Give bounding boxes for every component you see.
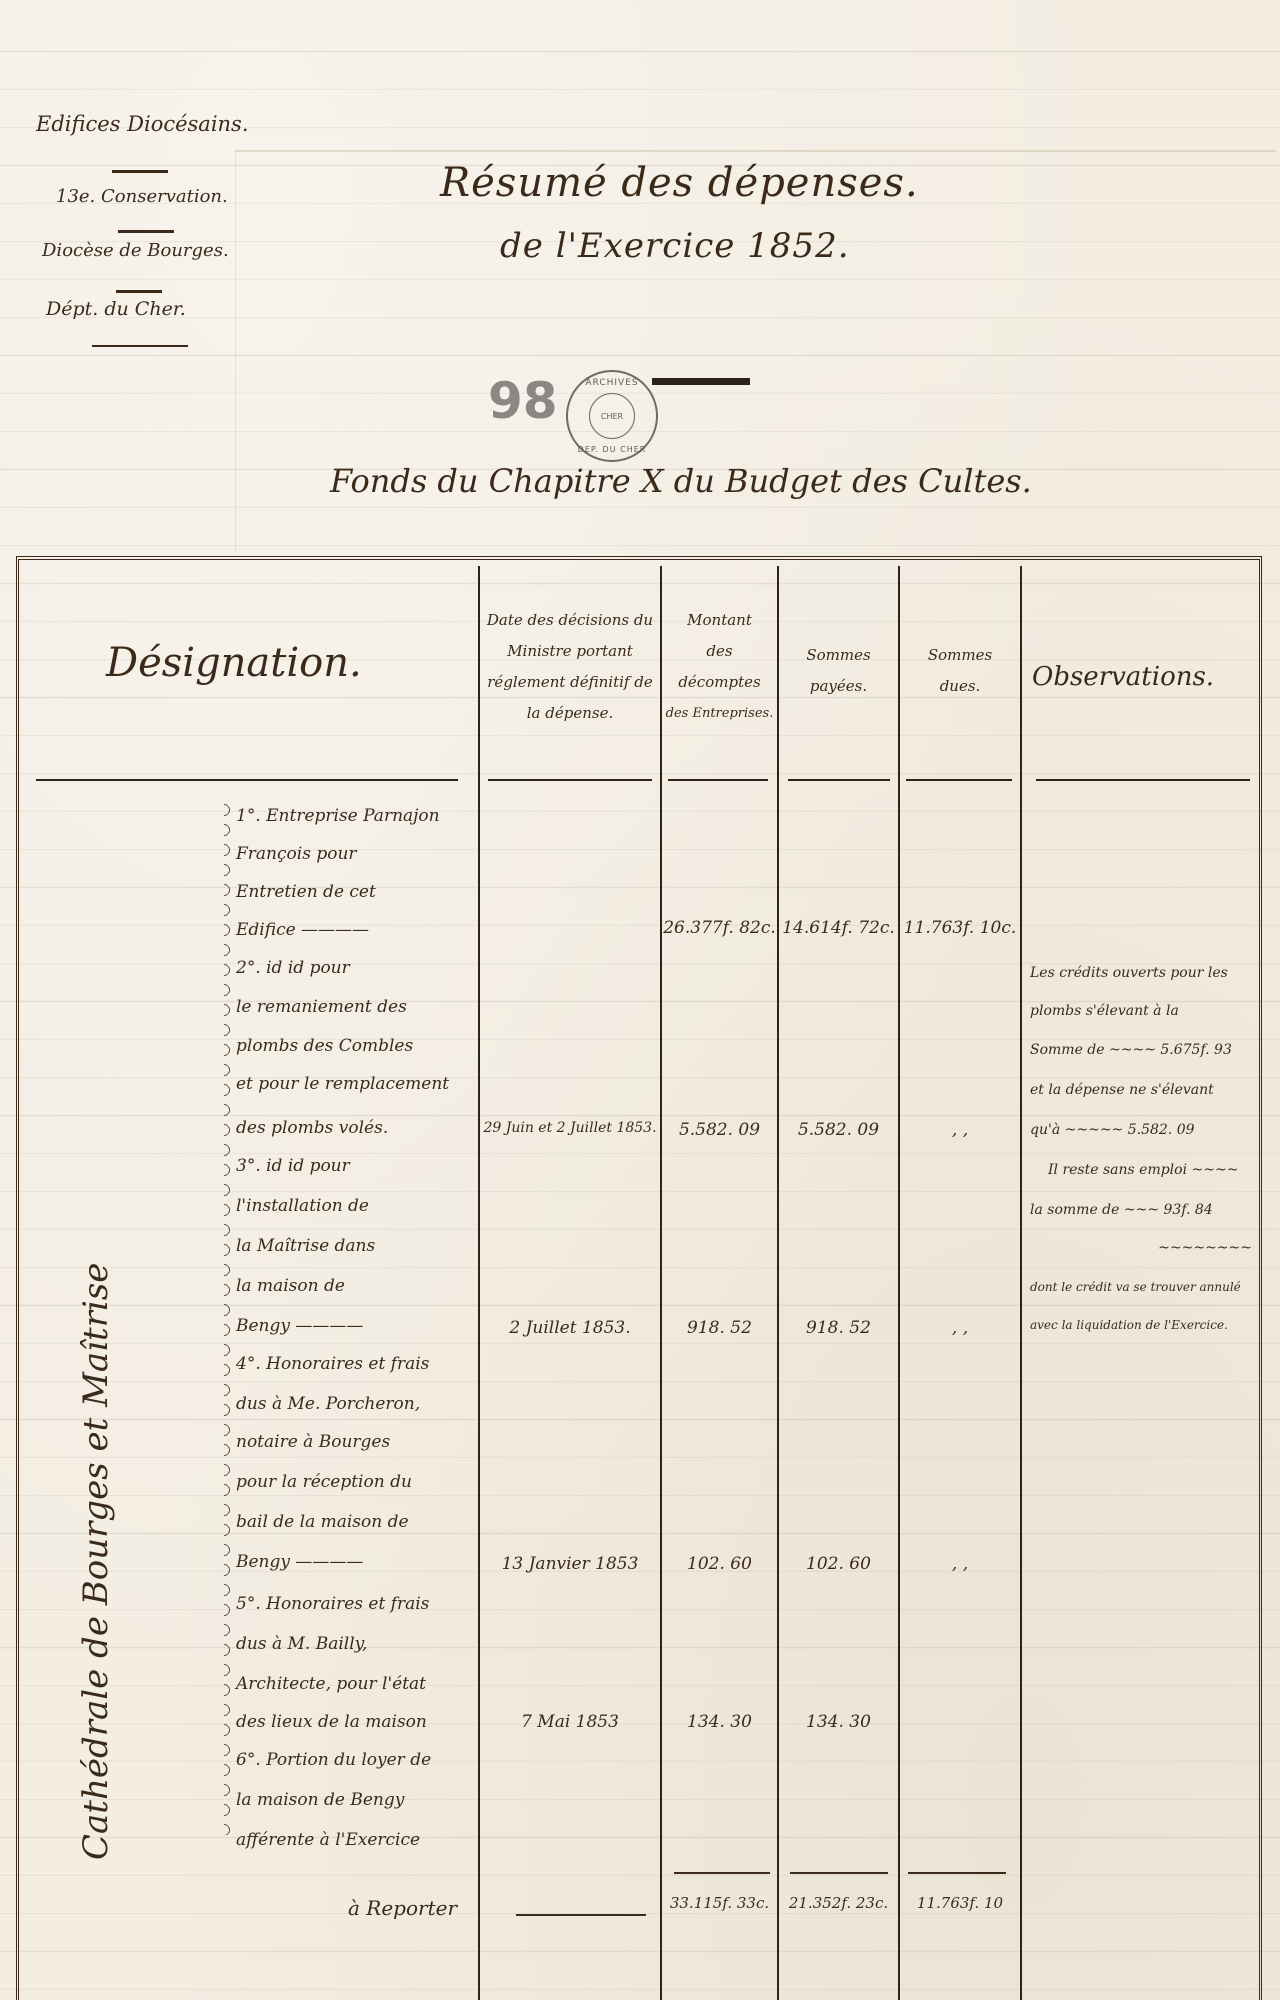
group-label-cathedrale: Cathédrale de Bourges et Maîtrise xyxy=(76,1300,116,1860)
brace-decoration xyxy=(224,800,234,1835)
row5-payees: 134. 30 xyxy=(779,1712,898,1732)
description-line: la Maîtrise dans xyxy=(236,1236,476,1256)
description-line: la maison de Bengy xyxy=(236,1790,476,1810)
row5-montant: 134. 30 xyxy=(662,1712,777,1732)
column-header-montant: Montant des décomptes des Entreprises. xyxy=(662,605,777,729)
divider xyxy=(116,290,162,293)
description-line: des lieux de la maison xyxy=(236,1712,476,1732)
description-line: dus à M. Bailly, xyxy=(236,1634,476,1654)
row3-dues: , , xyxy=(900,1318,1020,1338)
row5-date: 7 Mai 1853 xyxy=(480,1712,660,1732)
row3-payees: 918. 52 xyxy=(779,1318,898,1338)
observation-line: Les crédits ouverts pour les xyxy=(1030,965,1252,981)
description-line: François pour xyxy=(236,844,476,864)
description-line: notaire à Bourges xyxy=(236,1432,476,1452)
observation-line: Il reste sans emploi ~~~~ xyxy=(1030,1162,1270,1178)
description-line: Edifice ———— xyxy=(236,920,476,940)
page-title: Résumé des dépenses. xyxy=(440,160,919,206)
observation-line: avec la liquidation de l'Exercice. xyxy=(1030,1318,1252,1332)
header-line: des Entreprises. xyxy=(662,698,777,729)
total-rule xyxy=(674,1872,770,1874)
column-header-dues: Sommes dues. xyxy=(900,640,1020,702)
divider xyxy=(118,230,174,233)
description-line: bail de la maison de xyxy=(236,1512,476,1532)
description-line: 4°. Honoraires et frais xyxy=(236,1354,476,1374)
header-underline xyxy=(1036,779,1250,781)
report-label: à Reporter xyxy=(348,1896,457,1920)
column-header-observations: Observations. xyxy=(1032,662,1214,692)
header-line: des xyxy=(662,636,777,667)
description-line: pour la réception du xyxy=(236,1472,476,1492)
observation-line: dont le crédit va se trouver annulé xyxy=(1030,1280,1252,1294)
folio-number: 98 xyxy=(488,372,558,430)
row3-date: 2 Juillet 1853. xyxy=(480,1318,660,1338)
description-line: afférente à l'Exercice xyxy=(236,1830,476,1850)
header-line: Sommes xyxy=(900,640,1020,671)
row4-payees: 102. 60 xyxy=(779,1554,898,1574)
description-line: Bengy ———— xyxy=(236,1552,476,1572)
header-line: Ministre portant xyxy=(480,636,660,667)
col-divider-date xyxy=(478,566,480,2000)
description-line: dus à Me. Porcheron, xyxy=(236,1394,476,1414)
header-line: payées. xyxy=(779,671,898,702)
header-line: dues. xyxy=(900,671,1020,702)
description-line: 6°. Portion du loyer de xyxy=(236,1750,476,1770)
description-line: le remaniement des xyxy=(236,997,476,1017)
stamp-bottom-text: DEP. DU CHER xyxy=(568,445,656,454)
report-underline xyxy=(516,1914,646,1916)
divider xyxy=(92,345,188,347)
description-line: la maison de xyxy=(236,1276,476,1296)
header-departement: Dépt. du Cher. xyxy=(46,298,186,320)
total-payees: 21.352f. 23c. xyxy=(779,1894,898,1912)
description-line: des plombs volés. xyxy=(236,1118,476,1138)
description-line: 3°. id id pour xyxy=(236,1156,476,1176)
header-underline xyxy=(906,779,1012,781)
row4-montant: 102. 60 xyxy=(662,1554,777,1574)
total-dues: 11.763f. 10 xyxy=(900,1894,1020,1912)
header-line: Montant xyxy=(662,605,777,636)
page-subtitle: de l'Exercice 1852. xyxy=(500,226,850,266)
header-edifices: Edifices Diocésains. xyxy=(36,112,249,136)
divider xyxy=(112,170,168,173)
column-header-date: Date des décisions du Ministre portant r… xyxy=(480,605,660,729)
description-line: et pour le remplacement xyxy=(236,1074,476,1094)
header-line: Date des décisions du xyxy=(480,605,660,636)
total-montant: 33.115f. 33c. xyxy=(662,1894,777,1912)
observation-line: ~~~~~~~~ xyxy=(1030,1240,1252,1256)
observation-line: la somme de ~~~ 93f. 84 xyxy=(1030,1202,1252,1218)
header-line: réglement définitif de xyxy=(480,667,660,698)
header-underline xyxy=(788,779,890,781)
black-bar-mark xyxy=(652,378,750,385)
observation-line: plombs s'élevant à la xyxy=(1030,1003,1252,1019)
row3-montant: 918. 52 xyxy=(662,1318,777,1338)
description-line: 1°. Entreprise Parnajon xyxy=(236,806,476,826)
header-underline xyxy=(668,779,768,781)
col-divider-montant xyxy=(660,566,662,2000)
total-rule xyxy=(908,1872,1006,1874)
stamp-top-text: ARCHIVES xyxy=(568,378,656,388)
row2-dues: , , xyxy=(900,1120,1020,1140)
archives-stamp: ARCHIVES CHER DEP. DU CHER xyxy=(566,370,658,462)
description-line: Entretien de cet xyxy=(236,882,476,902)
row1-montant: 26.377f. 82c. xyxy=(662,918,777,938)
row4-dues: , , xyxy=(900,1554,1020,1574)
header-underline xyxy=(36,779,458,781)
col-divider-dues xyxy=(898,566,900,2000)
header-diocese: Diocèse de Bourges. xyxy=(42,240,229,261)
description-line: Bengy ———— xyxy=(236,1316,476,1336)
header-conservation: 13e. Conservation. xyxy=(56,186,228,207)
description-line: l'installation de xyxy=(236,1196,476,1216)
header-line: décomptes xyxy=(662,667,777,698)
col-divider-payees xyxy=(777,566,779,2000)
row1-payees: 14.614f. 72c. xyxy=(779,918,898,938)
header-line: Sommes xyxy=(779,640,898,671)
row2-date: 29 Juin et 2 Juillet 1853. xyxy=(480,1120,660,1136)
observation-line: et la dépense ne s'élevant xyxy=(1030,1082,1252,1098)
observation-line: Somme de ~~~~ 5.675f. 93 xyxy=(1030,1042,1252,1058)
description-line: 2°. id id pour xyxy=(236,958,476,978)
row2-payees: 5.582. 09 xyxy=(779,1120,898,1140)
observation-line: qu'à ~~~~~ 5.582. 09 xyxy=(1030,1122,1252,1138)
description-line: 5°. Honoraires et frais xyxy=(236,1594,476,1614)
header-line: la dépense. xyxy=(480,698,660,729)
column-header-payees: Sommes payées. xyxy=(779,640,898,702)
row4-date: 13 Janvier 1853 xyxy=(480,1554,660,1574)
total-rule xyxy=(790,1872,888,1874)
row2-montant: 5.582. 09 xyxy=(662,1120,777,1140)
description-line: plombs des Combles xyxy=(236,1036,476,1056)
expense-table xyxy=(16,556,1262,2000)
row1-dues: 11.763f. 10c. xyxy=(900,918,1020,938)
column-header-designation: Désignation. xyxy=(106,640,362,686)
stamp-center-text: CHER xyxy=(589,393,635,439)
fund-line: Fonds du Chapitre X du Budget des Cultes… xyxy=(330,462,1032,500)
header-underline xyxy=(488,779,652,781)
description-line: Architecte, pour l'état xyxy=(236,1674,476,1694)
col-divider-observations xyxy=(1020,566,1022,2000)
